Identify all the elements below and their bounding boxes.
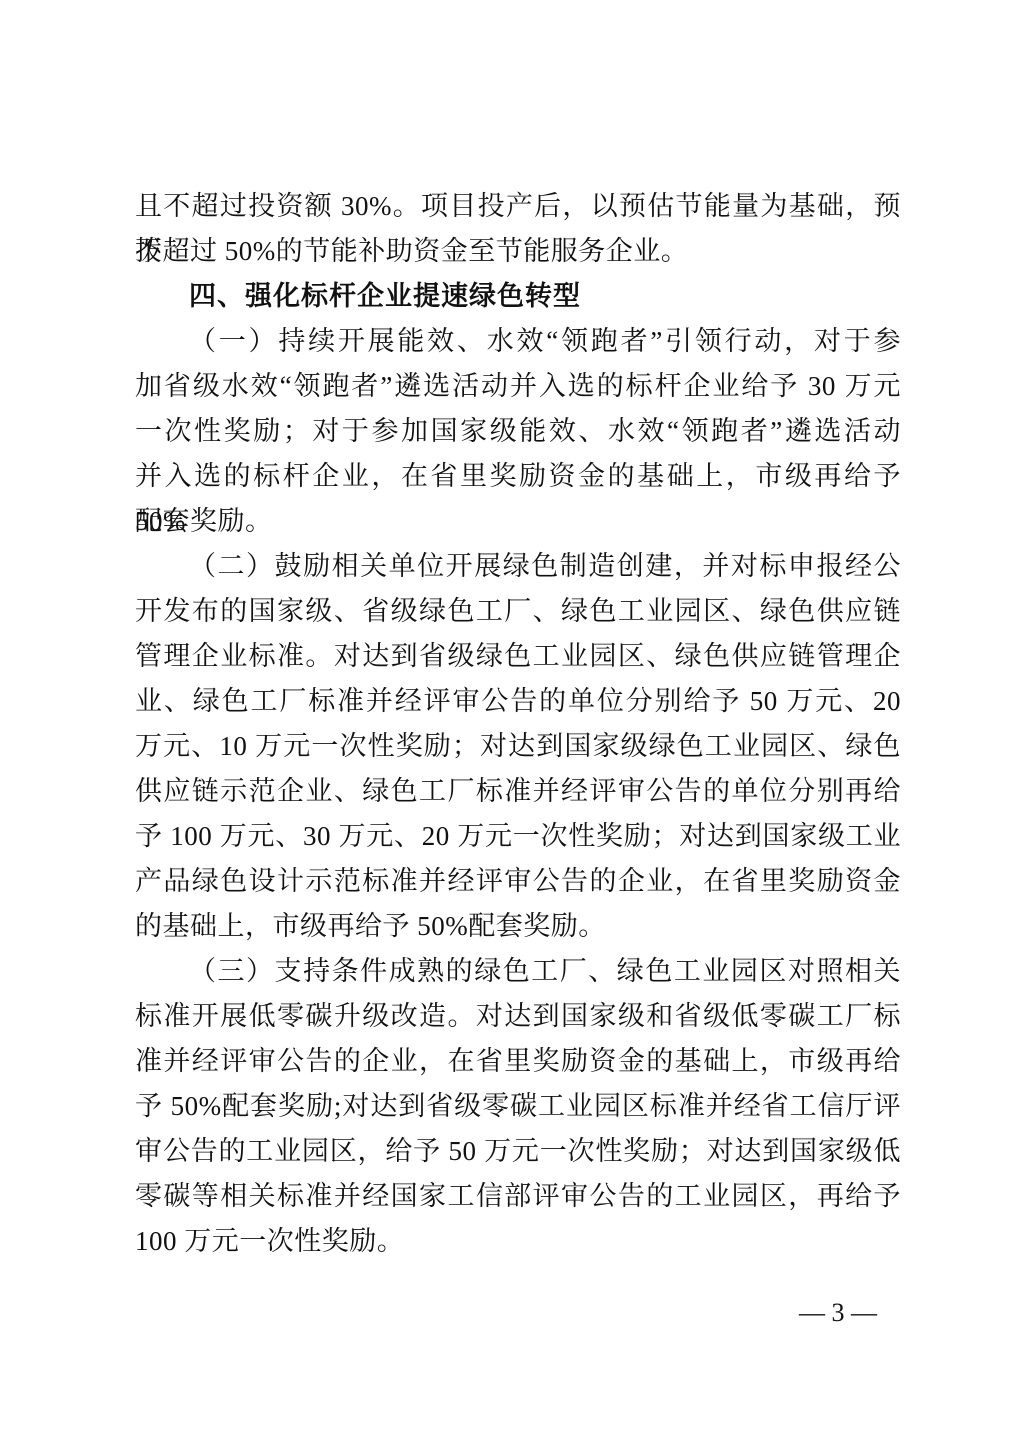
text-line: 审公告的工业园区，给予 50 万元一次性奖励；对达到国家级低 [135, 1129, 901, 1174]
text-line: 万元、10 万元一次性奖励；对达到国家级绿色工业园区、绿色 [135, 724, 901, 769]
text-line: （三）支持条件成熟的绿色工厂、绿色工业园区对照相关 [135, 949, 901, 994]
text-line: 100 万元一次性奖励。 [135, 1219, 901, 1264]
page-number: — 3 — [799, 1290, 877, 1335]
text-line: 并入选的标杆企业，在省里奖励资金的基础上，市级再给予 50% [135, 454, 901, 499]
text-line: 四、强化标杆企业提速绿色转型 [135, 274, 901, 319]
text-line: 开发布的国家级、省级绿色工厂、绿色工业园区、绿色供应链 [135, 589, 901, 634]
document-body: 且不超过投资额 30%。项目投产后，以预估节能量为基础，预拨不超过 50%的节能… [135, 184, 901, 1264]
text-line: 零碳等相关标准并经国家工信部评审公告的工业园区，再给予 [135, 1174, 901, 1219]
text-line: 加省级水效“领跑者”遴选活动并入选的标杆企业给予 30 万元 [135, 364, 901, 409]
paragraph-item-3: （三）支持条件成熟的绿色工厂、绿色工业园区对照相关标准开展低零碳升级改造。对达到… [135, 949, 901, 1264]
text-line: 不超过 50%的节能补助资金至节能服务企业。 [135, 229, 901, 274]
text-line: 且不超过投资额 30%。项目投产后，以预估节能量为基础，预拨 [135, 184, 901, 229]
text-line: 予 100 万元、30 万元、20 万元一次性奖励；对达到国家级工业 [135, 814, 901, 859]
text-line: 配套奖励。 [135, 499, 901, 544]
text-line: 产品绿色设计示范标准并经评审公告的企业，在省里奖励资金 [135, 859, 901, 904]
text-line: 标准开展低零碳升级改造。对达到国家级和省级低零碳工厂标 [135, 994, 901, 1039]
document-page: 且不超过投资额 30%。项目投产后，以预估节能量为基础，预拨不超过 50%的节能… [0, 0, 1024, 1448]
text-line: 一次性奖励；对于参加国家级能效、水效“领跑者”遴选活动 [135, 409, 901, 454]
section-heading: 四、强化标杆企业提速绿色转型 [135, 274, 901, 319]
text-line: 予 50%配套奖励;对达到省级零碳工业园区标准并经省工信厅评 [135, 1084, 901, 1129]
text-line: 管理企业标准。对达到省级绿色工业园区、绿色供应链管理企 [135, 634, 901, 679]
paragraph-item-1: （一）持续开展能效、水效“领跑者”引领行动，对于参加省级水效“领跑者”遴选活动并… [135, 319, 901, 544]
text-line: 准并经评审公告的企业，在省里奖励资金的基础上，市级再给 [135, 1039, 901, 1084]
paragraph-continued: 且不超过投资额 30%。项目投产后，以预估节能量为基础，预拨不超过 50%的节能… [135, 184, 901, 274]
text-line: （二）鼓励相关单位开展绿色制造创建，并对标申报经公 [135, 544, 901, 589]
text-line: （一）持续开展能效、水效“领跑者”引领行动，对于参 [135, 319, 901, 364]
text-line: 的基础上，市级再给予 50%配套奖励。 [135, 904, 901, 949]
paragraph-item-2: （二）鼓励相关单位开展绿色制造创建，并对标申报经公开发布的国家级、省级绿色工厂、… [135, 544, 901, 949]
text-line: 供应链示范企业、绿色工厂标准并经评审公告的单位分别再给 [135, 769, 901, 814]
text-line: 业、绿色工厂标准并经评审公告的单位分别给予 50 万元、20 [135, 679, 901, 724]
